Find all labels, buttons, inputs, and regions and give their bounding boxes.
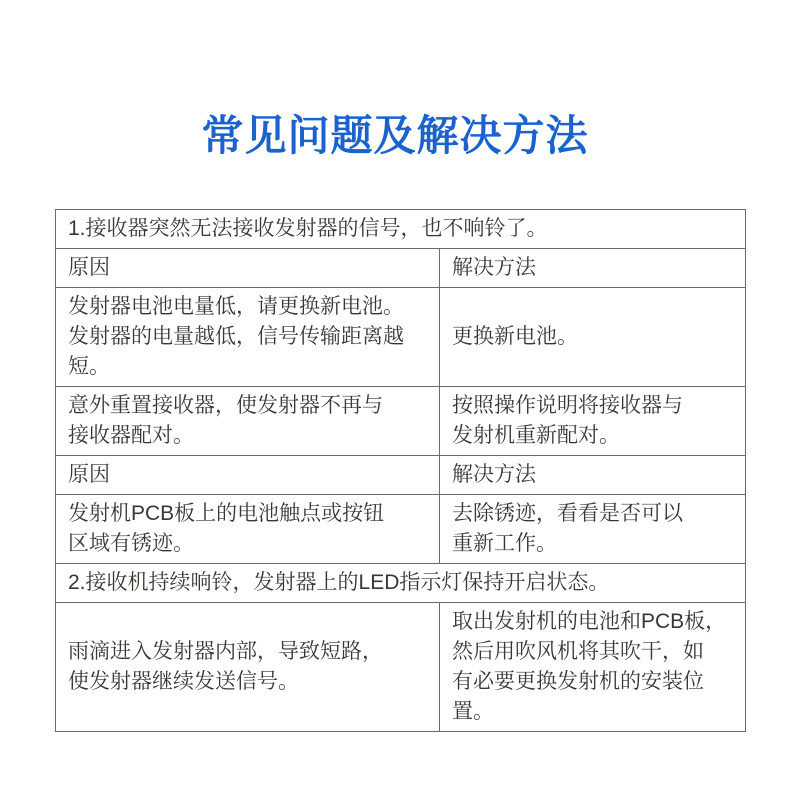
cause-header-cell: 原因: [56, 456, 440, 495]
solution-cell: 取出发射机的电池和PCB板， 然后用吹风机将其吹干，如 有必要更换发射机的安装位…: [440, 603, 746, 732]
cause-cell: 意外重置接收器，使发射器不再与 接收器配对。: [56, 387, 440, 456]
faq-page: 常见问题及解决方法 1.接收器突然无法接收发射器的信号，也不响铃了。 原因 解决…: [0, 0, 790, 791]
table-row-question-1: 1.接收器突然无法接收发射器的信号，也不响铃了。: [56, 210, 746, 249]
solution-cell: 更换新电池。: [440, 288, 746, 387]
table-row: 意外重置接收器，使发射器不再与 接收器配对。 按照操作说明将接收器与 发射机重新…: [56, 387, 746, 456]
solution-cell: 按照操作说明将接收器与 发射机重新配对。: [440, 387, 746, 456]
solution-header-cell: 解决方法: [440, 249, 746, 288]
cause-cell: 发射机PCB板上的电池触点或按钮 区域有锈迹。: [56, 495, 440, 564]
faq-table: 1.接收器突然无法接收发射器的信号，也不响铃了。 原因 解决方法 发射器电池电量…: [55, 209, 746, 732]
table-row-header: 原因 解决方法: [56, 456, 746, 495]
table-row-header: 原因 解决方法: [56, 249, 746, 288]
cause-header-cell: 原因: [56, 249, 440, 288]
table-row: 发射器电池电量低，请更换新电池。 发射器的电量越低，信号传输距离越短。 更换新电…: [56, 288, 746, 387]
table-row-question-2: 2.接收机持续响铃，发射器上的LED指示灯保持开启状态。: [56, 564, 746, 603]
table-row: 雨滴进入发射器内部，导致短路， 使发射器继续发送信号。 取出发射机的电池和PCB…: [56, 603, 746, 732]
question-cell: 2.接收机持续响铃，发射器上的LED指示灯保持开启状态。: [56, 564, 746, 603]
table-row: 发射机PCB板上的电池触点或按钮 区域有锈迹。 去除锈迹，看看是否可以 重新工作…: [56, 495, 746, 564]
solution-cell: 去除锈迹，看看是否可以 重新工作。: [440, 495, 746, 564]
page-title: 常见问题及解决方法: [0, 103, 790, 163]
solution-header-cell: 解决方法: [440, 456, 746, 495]
cause-cell: 发射器电池电量低，请更换新电池。 发射器的电量越低，信号传输距离越短。: [56, 288, 440, 387]
cause-cell: 雨滴进入发射器内部，导致短路， 使发射器继续发送信号。: [56, 603, 440, 732]
question-cell: 1.接收器突然无法接收发射器的信号，也不响铃了。: [56, 210, 746, 249]
